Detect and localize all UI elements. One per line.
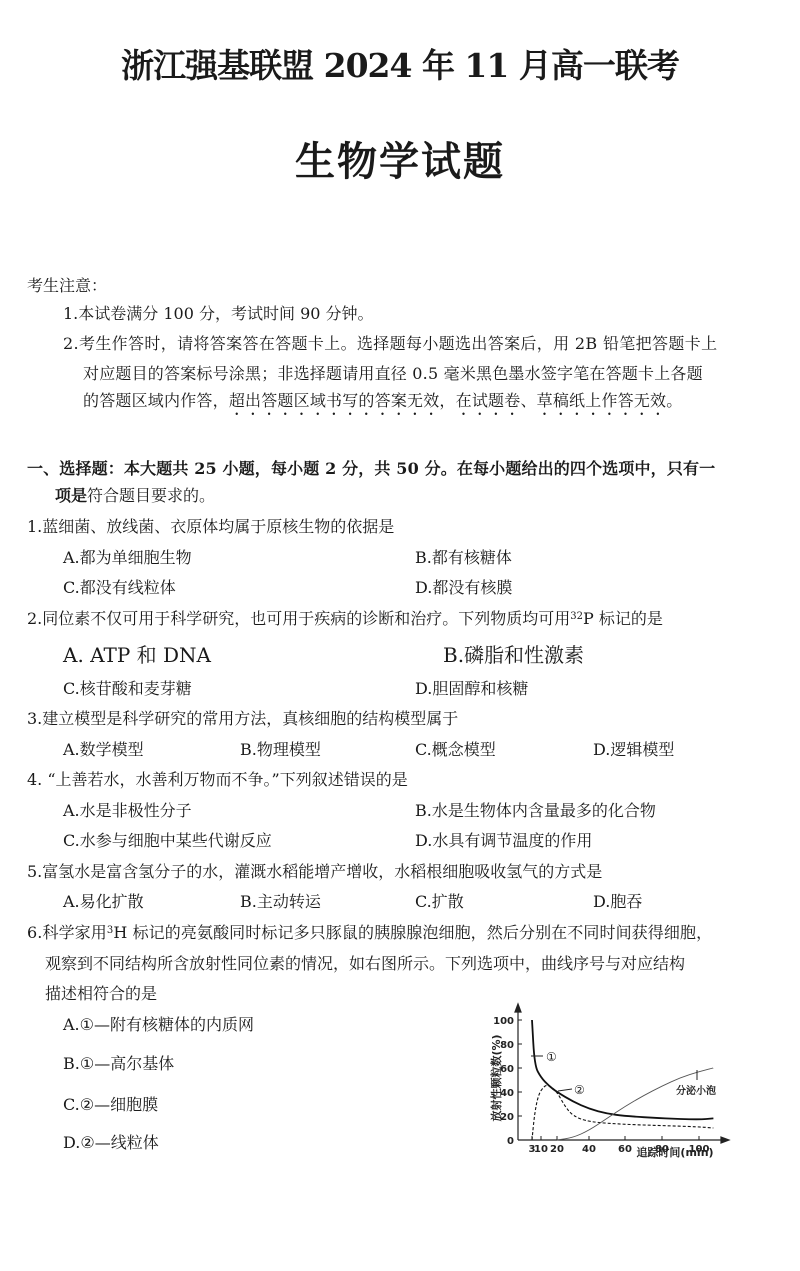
exam-subtitle: 生物学试题 bbox=[0, 130, 800, 187]
q6-option-d[interactable]: D.②—线粒体 bbox=[63, 1134, 159, 1152]
q2-option-c[interactable]: C.核苷酸和麦芽糖 bbox=[63, 680, 192, 698]
chart-series bbox=[532, 1020, 713, 1140]
q6-option-a[interactable]: A.①—附有核糖体的内质网 bbox=[63, 1016, 254, 1034]
q3-option-b[interactable]: B.物理模型 bbox=[240, 741, 321, 759]
section-heading: 一、选择题：本大题共 25 小题，每小题 2 分，共 50 分。在每小题给出的四… bbox=[27, 456, 715, 479]
question-1-stem: 1.蓝细菌、放线菌、衣原体均属于原核生物的依据是 bbox=[27, 518, 394, 536]
svg-text:①: ① bbox=[546, 1050, 557, 1064]
svg-text:0: 0 bbox=[507, 1136, 514, 1147]
emphasis-text: 在试题卷 bbox=[456, 391, 521, 410]
q4-option-a[interactable]: A.水是非极性分子 bbox=[63, 802, 192, 820]
svg-text:20: 20 bbox=[550, 1144, 564, 1155]
q1-option-a[interactable]: A.都为单细胞生物 bbox=[63, 549, 192, 567]
svg-text:40: 40 bbox=[582, 1144, 596, 1155]
question-4-stem: 4. “上善若水，水善利万物而不争。”下列叙述错误的是 bbox=[27, 771, 408, 789]
q5-option-a[interactable]: A.易化扩散 bbox=[63, 893, 144, 911]
q6-option-c[interactable]: C.②—细胞膜 bbox=[63, 1096, 158, 1114]
notice-item-1: 1.本试卷满分 100 分，考试时间 90 分钟。 bbox=[63, 305, 374, 323]
question-6-stem: 6.科学家用3H 标记的亮氨酸同时标记多只豚鼠的胰腺腺泡细胞，然后分别在不同时间… bbox=[27, 924, 712, 942]
question-5-stem: 5.富氢水是富含氢分子的水，灌溉水稻能增产增收，水稻根细胞吸收氢气的方式是 bbox=[27, 863, 602, 881]
q2-option-b[interactable]: B.磷脂和性激素 bbox=[443, 646, 584, 664]
svg-text:分泌小泡: 分泌小泡 bbox=[676, 1084, 716, 1097]
series-① bbox=[532, 1020, 713, 1119]
y-axis-label: 放射性颗粒数(%) bbox=[489, 1034, 503, 1121]
question-2-stem: 2.同位素不仅可用于科学研究，也可用于疾病的诊断和治疗。下列物质均可用32P 标… bbox=[27, 610, 663, 628]
emphasis-text: 草稿纸上作答无效 bbox=[537, 391, 667, 410]
radioactivity-chart: 020406080100 31020406080100 ①②分泌小泡 放射性颗粒… bbox=[470, 1000, 740, 1170]
notice-item-2-cont: 对应题目的答案标号涂黑；非选择题请用直径 0.5 毫米黑色墨水签字笔在答题卡上各… bbox=[83, 365, 703, 383]
svg-text:60: 60 bbox=[618, 1144, 632, 1155]
q1-option-c[interactable]: C.都没有线粒体 bbox=[63, 579, 176, 597]
q4-option-c[interactable]: C.水参与细胞中某些代谢反应 bbox=[63, 832, 272, 850]
q4-option-d[interactable]: D.水具有调节温度的作用 bbox=[415, 832, 592, 850]
section-heading-cont: 项是符合题目要求的。 bbox=[55, 487, 215, 505]
q6-option-b[interactable]: B.①—高尔基体 bbox=[63, 1055, 174, 1073]
exam-title: 浙江强基联盟 2024 年 11 月高一联考 bbox=[0, 40, 800, 87]
chart-annotations: ①②分泌小泡 bbox=[531, 1050, 716, 1097]
question-6-stem-cont: 观察到不同结构所含放射性同位素的情况，如右图所示。下列选项中，曲线序号与对应结构 bbox=[45, 955, 685, 973]
notice-heading: 考生注意： bbox=[27, 277, 107, 295]
svg-text:100: 100 bbox=[493, 1016, 514, 1027]
question-3-stem: 3.建立模型是科学研究的常用方法，真核细胞的结构模型属于 bbox=[27, 710, 458, 728]
svg-text:②: ② bbox=[574, 1083, 585, 1097]
q3-option-d[interactable]: D.逻辑模型 bbox=[593, 741, 674, 759]
q3-option-c[interactable]: C.概念模型 bbox=[415, 741, 496, 759]
question-6-stem-cont2: 描述相符合的是 bbox=[45, 985, 157, 1003]
q3-option-a[interactable]: A.数学模型 bbox=[63, 741, 144, 759]
svg-text:10: 10 bbox=[534, 1144, 548, 1155]
emphasis-text: 超出答题区域书写的答案无效 bbox=[229, 391, 440, 410]
q2-option-a[interactable]: A. ATP 和 DNA bbox=[63, 646, 211, 664]
q1-option-d[interactable]: D.都没有核膜 bbox=[415, 579, 512, 597]
q2-option-d[interactable]: D.胆固醇和核糖 bbox=[415, 680, 528, 698]
q5-option-d[interactable]: D.胞吞 bbox=[593, 893, 642, 911]
notice-item-2-cont2: 的答题区域内作答，超出答题区域书写的答案无效，在试题卷、草稿纸上作答无效。 bbox=[83, 391, 682, 419]
q1-option-b[interactable]: B.都有核糖体 bbox=[415, 549, 512, 567]
notice-item-2: 2.考生作答时，请将答案答在答题卡上。选择题每小题选出答案后，用 2B 铅笔把答… bbox=[63, 335, 717, 353]
x-axis-label: 追踪时间(min) bbox=[636, 1145, 713, 1159]
q4-option-b[interactable]: B.水是生物体内含量最多的化合物 bbox=[415, 802, 656, 820]
q5-option-c[interactable]: C.扩散 bbox=[415, 893, 464, 911]
q5-option-b[interactable]: B.主动转运 bbox=[240, 893, 321, 911]
